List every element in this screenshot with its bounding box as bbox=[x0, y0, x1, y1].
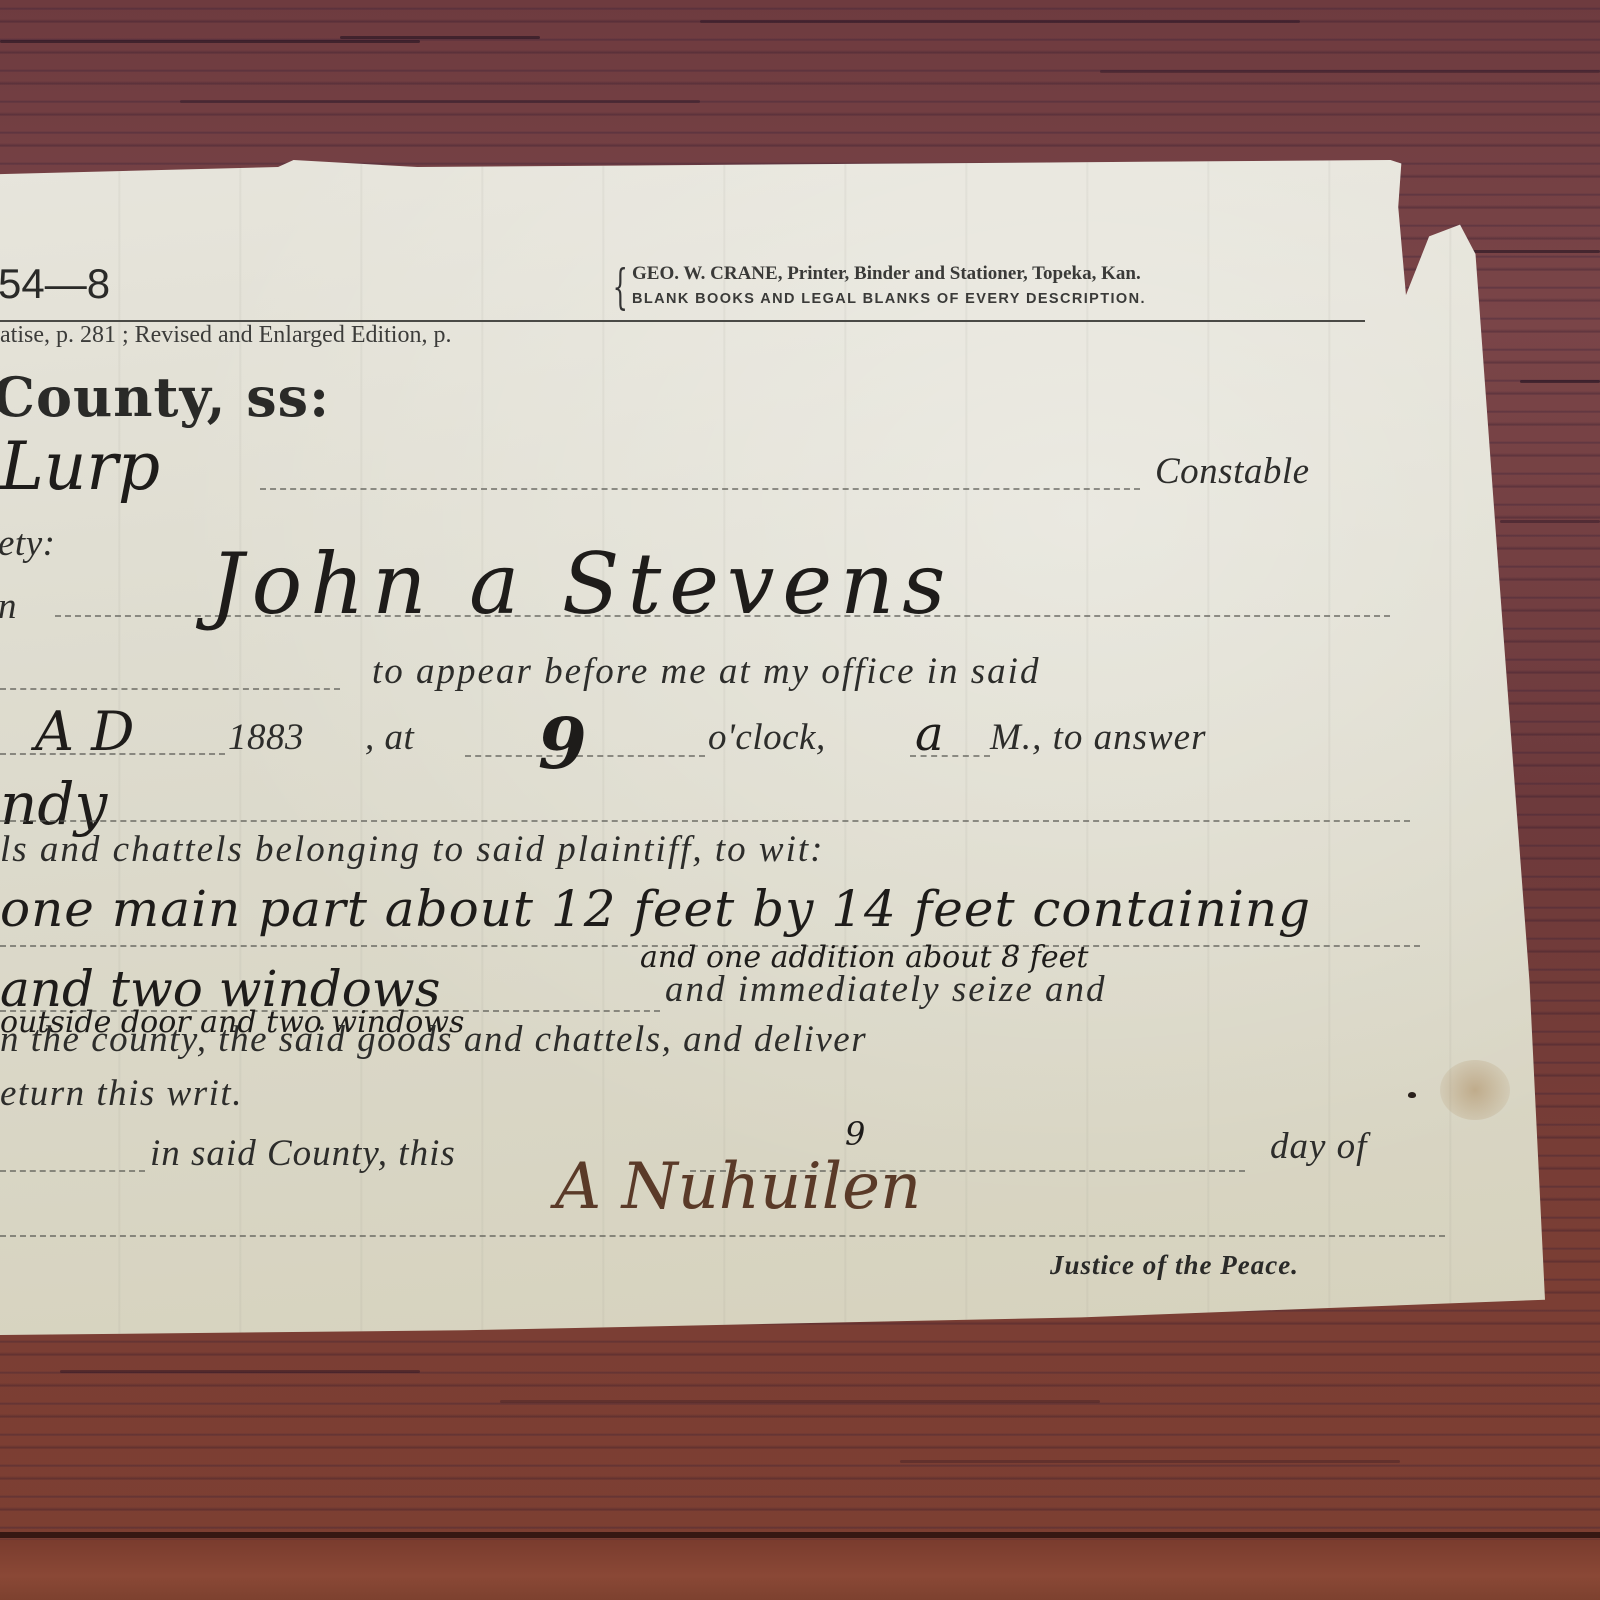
place-blank-line bbox=[0, 1170, 145, 1172]
wood-grain bbox=[340, 36, 540, 39]
venue-county: County, ss: bbox=[0, 365, 330, 429]
wood-grain bbox=[1100, 70, 1600, 73]
wood-lower-board bbox=[0, 1540, 1600, 1600]
era-handwritten: A D bbox=[35, 700, 134, 763]
signature-blank-line bbox=[0, 1235, 1445, 1237]
meridiem-handwritten: a bbox=[915, 706, 944, 762]
hour: 9 bbox=[538, 702, 587, 785]
handwritten-venue: Lurp bbox=[0, 428, 160, 505]
justice-signature: A Nuhuilen bbox=[555, 1150, 921, 1224]
wood-seam bbox=[0, 1532, 1600, 1538]
year: 1883 bbox=[228, 716, 304, 759]
wood-grain bbox=[0, 40, 420, 43]
constable-blank-line bbox=[260, 488, 1140, 490]
n-label: n bbox=[0, 585, 17, 628]
ink-dot bbox=[1408, 1092, 1416, 1098]
day-of-label: day of bbox=[1270, 1125, 1367, 1168]
return-line: eturn this writ. bbox=[0, 1072, 243, 1115]
printer-imprint: GEO. W. CRANE, Printer, Binder and Stati… bbox=[632, 263, 1141, 285]
wood-grain bbox=[1520, 380, 1600, 383]
legal-document: 54—8 { GEO. W. CRANE, Printer, Binder an… bbox=[0, 160, 1545, 1335]
ink-blot bbox=[1541, 1124, 1562, 1154]
printer-tagline: BLANK BOOKS AND LEGAL BLANKS OF EVERY DE… bbox=[632, 291, 1146, 307]
wood-grain bbox=[700, 20, 1300, 23]
goods-line-2-print: and immediately seize and bbox=[665, 968, 1107, 1011]
dated-prefix: in said County, this bbox=[150, 1132, 456, 1175]
meridiem-answer: M., to answer bbox=[990, 716, 1207, 759]
brace-icon: { bbox=[613, 263, 628, 311]
defendant-name: John a Stevens bbox=[210, 535, 953, 633]
answer-blank-line bbox=[0, 820, 1410, 822]
appear-blank-line bbox=[0, 688, 340, 690]
goods-line-1: one main part about 12 feet by 14 feet c… bbox=[0, 880, 1311, 938]
wood-grain bbox=[500, 1400, 1100, 1403]
ety-label: ety: bbox=[0, 522, 55, 565]
wood-grain bbox=[900, 1460, 1400, 1463]
day-number: 9 bbox=[845, 1115, 865, 1153]
form-number: 54—8 bbox=[0, 260, 110, 308]
wood-grain bbox=[180, 100, 700, 103]
at-label: , at bbox=[365, 716, 414, 759]
justice-of-the-peace-label: Justice of the Peace. bbox=[1050, 1250, 1299, 1281]
goods-intro: ls and chattels belonging to said plaint… bbox=[0, 828, 824, 871]
oclock-label: o'clock, bbox=[708, 716, 826, 759]
wood-grain bbox=[1500, 520, 1600, 523]
constable-label: Constable bbox=[1155, 450, 1310, 493]
stain bbox=[1440, 1060, 1510, 1120]
appear-text: to appear before me at my office in said bbox=[372, 650, 1040, 693]
wood-grain bbox=[60, 1370, 420, 1373]
goods-line-3-print: n the county, the said goods and chattel… bbox=[0, 1018, 867, 1061]
reference-line: atise, p. 281 ; Revised and Enlarged Edi… bbox=[0, 322, 451, 349]
